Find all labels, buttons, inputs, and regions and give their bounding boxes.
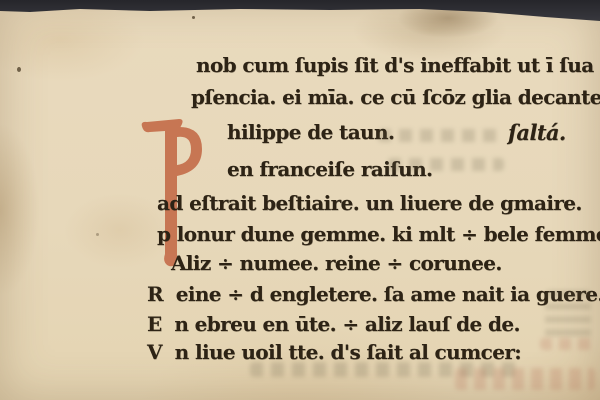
bleedthrough-text (378, 129, 500, 142)
margin-note: ſaltá. (508, 120, 566, 146)
bleedthrough-text (388, 158, 504, 171)
manuscript-line: nob cum ſupis ſit d's ineffabit ut ī ſua (196, 52, 594, 78)
manuscript-line: ad eſtrait beſtiaire. un liuere de gmair… (157, 190, 582, 216)
manuscript-line: hilippe de taun. (227, 119, 394, 145)
manuscript-line: Aliz ÷ numee. reine ÷ corunee. (171, 250, 502, 276)
manuscript-photo: P nob cum ſupis ſit d's ineffabit ut ī ſ… (0, 0, 600, 400)
manuscript-line: R eine ÷ d engletere. ſa ame nait ia gue… (147, 281, 600, 307)
ink-speck (96, 233, 99, 236)
binding-edge-top (0, 0, 600, 26)
bleedthrough-text (545, 290, 591, 342)
ink-speck (17, 67, 21, 72)
manuscript-line: p lonur dune gemme. ki mlt ÷ bele femme: (157, 221, 600, 247)
manuscript-line: E n ebreu en ūte. ÷ aliz lauſ de de. (147, 311, 520, 337)
ink-speck (192, 16, 195, 19)
bleedthrough-text-red (455, 368, 595, 390)
bleedthrough-text-red (540, 338, 595, 350)
manuscript-line: pſencia. ei mīa. ce cū ſcōz glia decante… (191, 84, 600, 110)
